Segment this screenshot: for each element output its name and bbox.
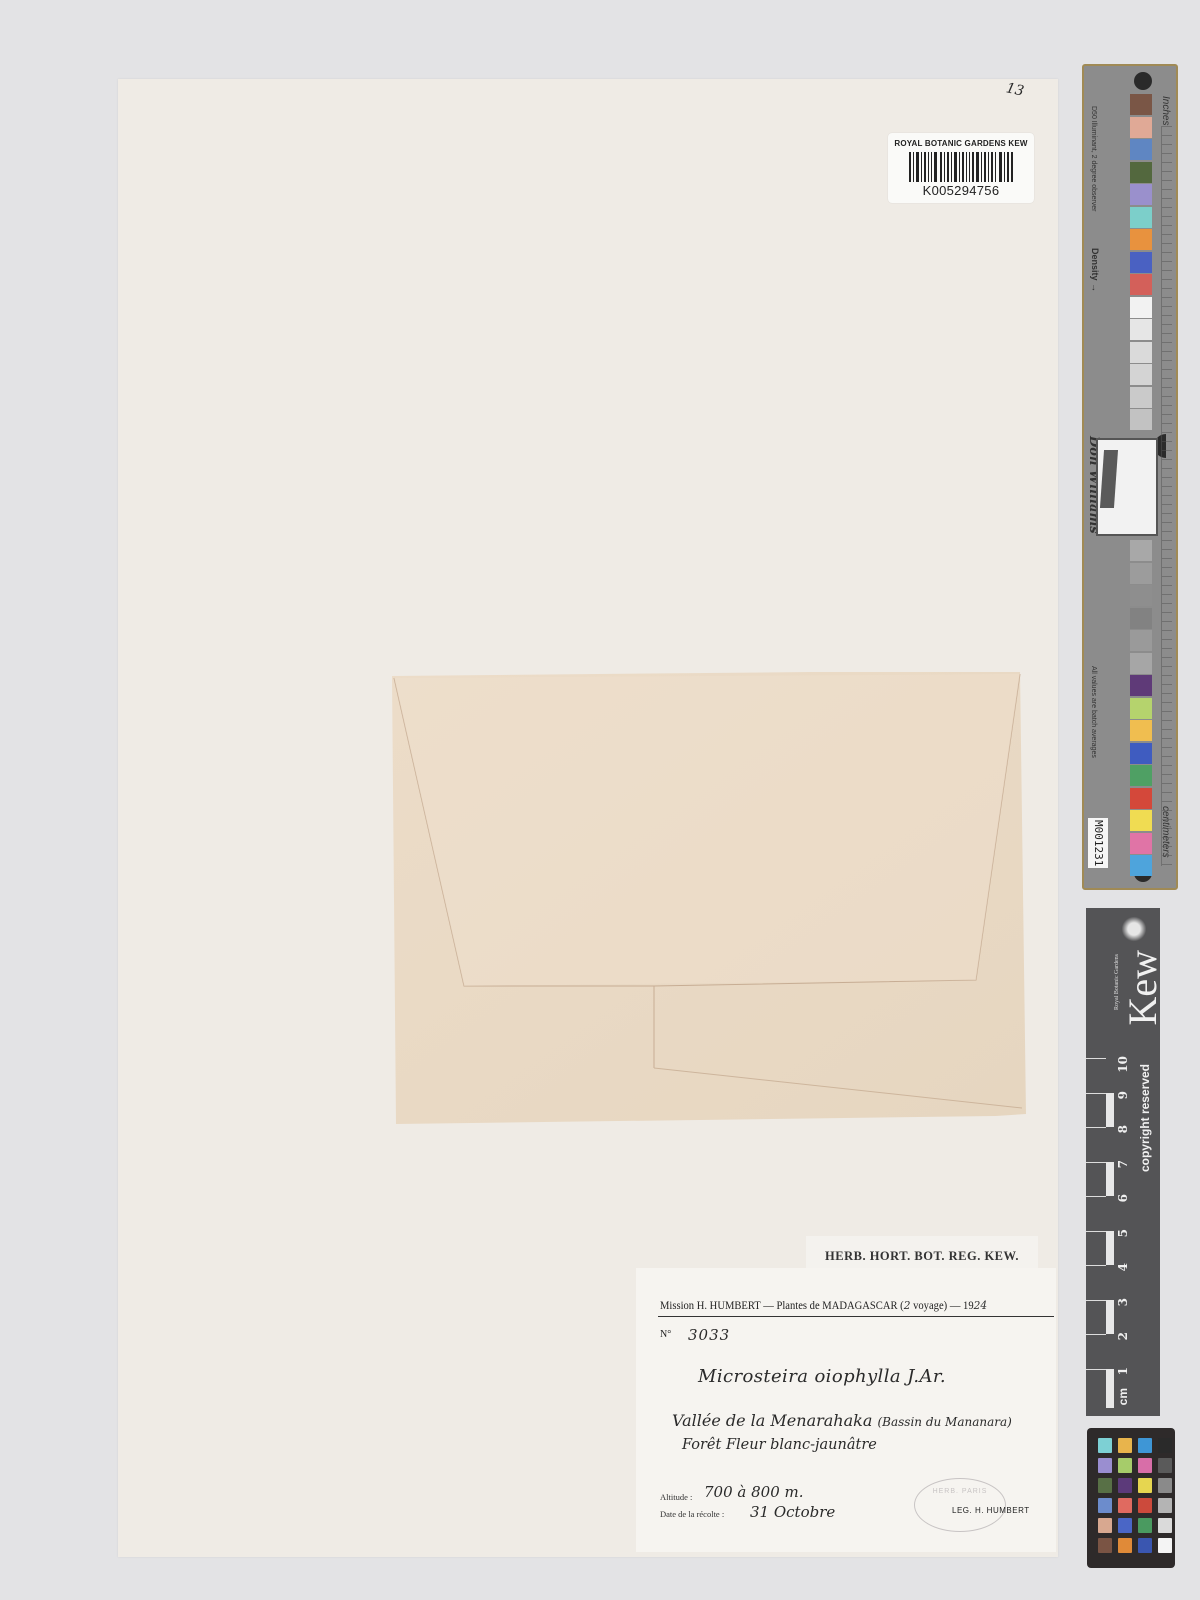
scale-number: 8	[1116, 1125, 1130, 1133]
color-patch	[1130, 675, 1152, 696]
number-label: N°	[660, 1329, 671, 1340]
color-patch	[1130, 855, 1152, 876]
color-patch	[1130, 630, 1152, 651]
scale-number: 7	[1116, 1160, 1130, 1168]
cm-scale-numbers: 12345678910	[1116, 1058, 1134, 1408]
checker-patch	[1158, 1438, 1172, 1453]
label-divider	[658, 1316, 1054, 1317]
species-name: Microsteira oiophylla J.Ar.	[698, 1366, 946, 1387]
checker-patch	[1118, 1478, 1132, 1493]
ruler-inches-label: Inches	[1160, 96, 1171, 125]
kew-logo-subtitle: Royal Botanic Gardens	[1114, 954, 1120, 1010]
scale-number: 9	[1116, 1091, 1130, 1099]
color-patches-top	[1130, 94, 1152, 432]
date-label: Date de la récolte :	[660, 1509, 724, 1519]
cm-scale-boxes	[1086, 1058, 1106, 1408]
barcode-number: K005294756	[888, 183, 1034, 198]
checker-patch	[1118, 1458, 1132, 1473]
sheet-number-annotation: 13	[1005, 80, 1026, 99]
scale-number: 4	[1116, 1263, 1130, 1271]
envelope-shape-icon	[392, 672, 1026, 1124]
institution-name: ROYAL BOTANIC GARDENS KEW	[888, 139, 1034, 148]
scale-number: 5	[1116, 1229, 1130, 1237]
color-patch	[1130, 342, 1152, 363]
color-patch	[1130, 810, 1152, 831]
ruler-code: M001231	[1088, 818, 1108, 868]
checker-patch	[1138, 1458, 1152, 1473]
checker-patch	[1158, 1458, 1172, 1473]
checker-patch	[1118, 1438, 1132, 1453]
ruler-ticks	[1161, 126, 1172, 866]
color-calibration-ruler: Inches centimeters D50 Illuminant, 2 deg…	[1082, 64, 1178, 890]
ruler-density-label: Density →	[1090, 248, 1100, 292]
color-patch	[1130, 297, 1152, 318]
color-patch	[1130, 117, 1152, 138]
color-patch	[1130, 563, 1152, 584]
collection-number: 3033	[688, 1326, 730, 1344]
scale-number: 2	[1116, 1332, 1130, 1340]
color-patch	[1130, 653, 1152, 674]
color-patch	[1130, 765, 1152, 786]
checker-patch	[1098, 1458, 1112, 1473]
ruler-hole-icon	[1134, 72, 1152, 90]
checker-patch	[1158, 1518, 1172, 1533]
mission-heading: Mission H. HUMBERT — Plantes de MADAGASC…	[660, 1298, 987, 1312]
grey-target-card	[1096, 438, 1158, 536]
checker-patch	[1138, 1538, 1152, 1553]
herbarium-stamp: HERB. HORT. BOT. REG. KEW.	[806, 1236, 1038, 1270]
scale-number: 3	[1116, 1298, 1130, 1306]
color-patch	[1130, 274, 1152, 295]
color-patch	[1130, 833, 1152, 854]
checker-patch	[1138, 1478, 1152, 1493]
color-patch	[1130, 207, 1152, 228]
barcode-icon	[909, 152, 1013, 182]
checker-patch	[1098, 1438, 1112, 1453]
barcode-label: ROYAL BOTANIC GARDENS KEW K005294756	[888, 133, 1034, 203]
color-patch	[1130, 319, 1152, 340]
altitude-label: Altitude :	[660, 1492, 692, 1502]
royal-crest-icon	[1120, 914, 1148, 944]
checker-patch	[1158, 1538, 1172, 1553]
color-patch	[1130, 162, 1152, 183]
scale-number: 10	[1116, 1056, 1130, 1073]
altitude-value: 700 à 800 m.	[704, 1483, 804, 1501]
checker-patch	[1158, 1478, 1172, 1493]
color-checker-grid	[1098, 1438, 1172, 1553]
checker-patch	[1158, 1498, 1172, 1513]
color-patch	[1130, 585, 1152, 606]
checker-patch	[1098, 1478, 1112, 1493]
cm-scale-strip	[1106, 1058, 1114, 1408]
color-patch	[1130, 229, 1152, 250]
cm-unit-label: cm	[1116, 1388, 1130, 1405]
color-patch	[1130, 608, 1152, 629]
checker-patch	[1118, 1498, 1132, 1513]
copyright-notice: copyright reserved	[1138, 1064, 1152, 1172]
locality-line-2: Forêt Fleur blanc-jaunâtre	[682, 1437, 877, 1453]
checker-patch	[1138, 1498, 1152, 1513]
locality-line-1: Vallée de la Menarahaka (Bassin du Manan…	[672, 1411, 1012, 1430]
checker-patch	[1098, 1538, 1112, 1553]
color-patch	[1130, 698, 1152, 719]
collection-label: Mission H. HUMBERT — Plantes de MADAGASC…	[636, 1268, 1056, 1552]
color-patch	[1130, 139, 1152, 160]
color-patch	[1130, 409, 1152, 430]
date-value: 31 Octobre	[750, 1503, 835, 1521]
checker-patch	[1138, 1518, 1152, 1533]
kew-logo: Kew	[1126, 950, 1160, 1026]
color-patch	[1130, 94, 1152, 115]
herbarium-seal-stamp: HERB. PARIS	[914, 1478, 1006, 1532]
color-patches-bottom	[1130, 540, 1152, 878]
collector-name: LEG. H. HUMBERT	[952, 1506, 1030, 1515]
checker-patch	[1138, 1438, 1152, 1453]
scale-number: 6	[1116, 1194, 1130, 1202]
kew-scale-bar: Kew Royal Botanic Gardens copyright rese…	[1086, 908, 1160, 1416]
checker-patch	[1098, 1498, 1112, 1513]
specimen-envelope	[392, 672, 1026, 1124]
ruler-batch-note: All values are batch averages	[1090, 666, 1097, 758]
color-patch	[1130, 720, 1152, 741]
color-patch	[1130, 184, 1152, 205]
color-patch	[1130, 540, 1152, 561]
checker-patch	[1118, 1538, 1132, 1553]
color-patch	[1130, 364, 1152, 385]
color-patch	[1130, 252, 1152, 273]
scale-number: 1	[1116, 1367, 1130, 1375]
checker-patch	[1118, 1518, 1132, 1533]
color-patch	[1130, 743, 1152, 764]
color-checker-card	[1087, 1428, 1175, 1568]
checker-patch	[1098, 1518, 1112, 1533]
color-patch	[1130, 788, 1152, 809]
ruler-illuminant-note: D50 Illuminant, 2 degree observer	[1090, 106, 1097, 211]
color-patch	[1130, 387, 1152, 408]
